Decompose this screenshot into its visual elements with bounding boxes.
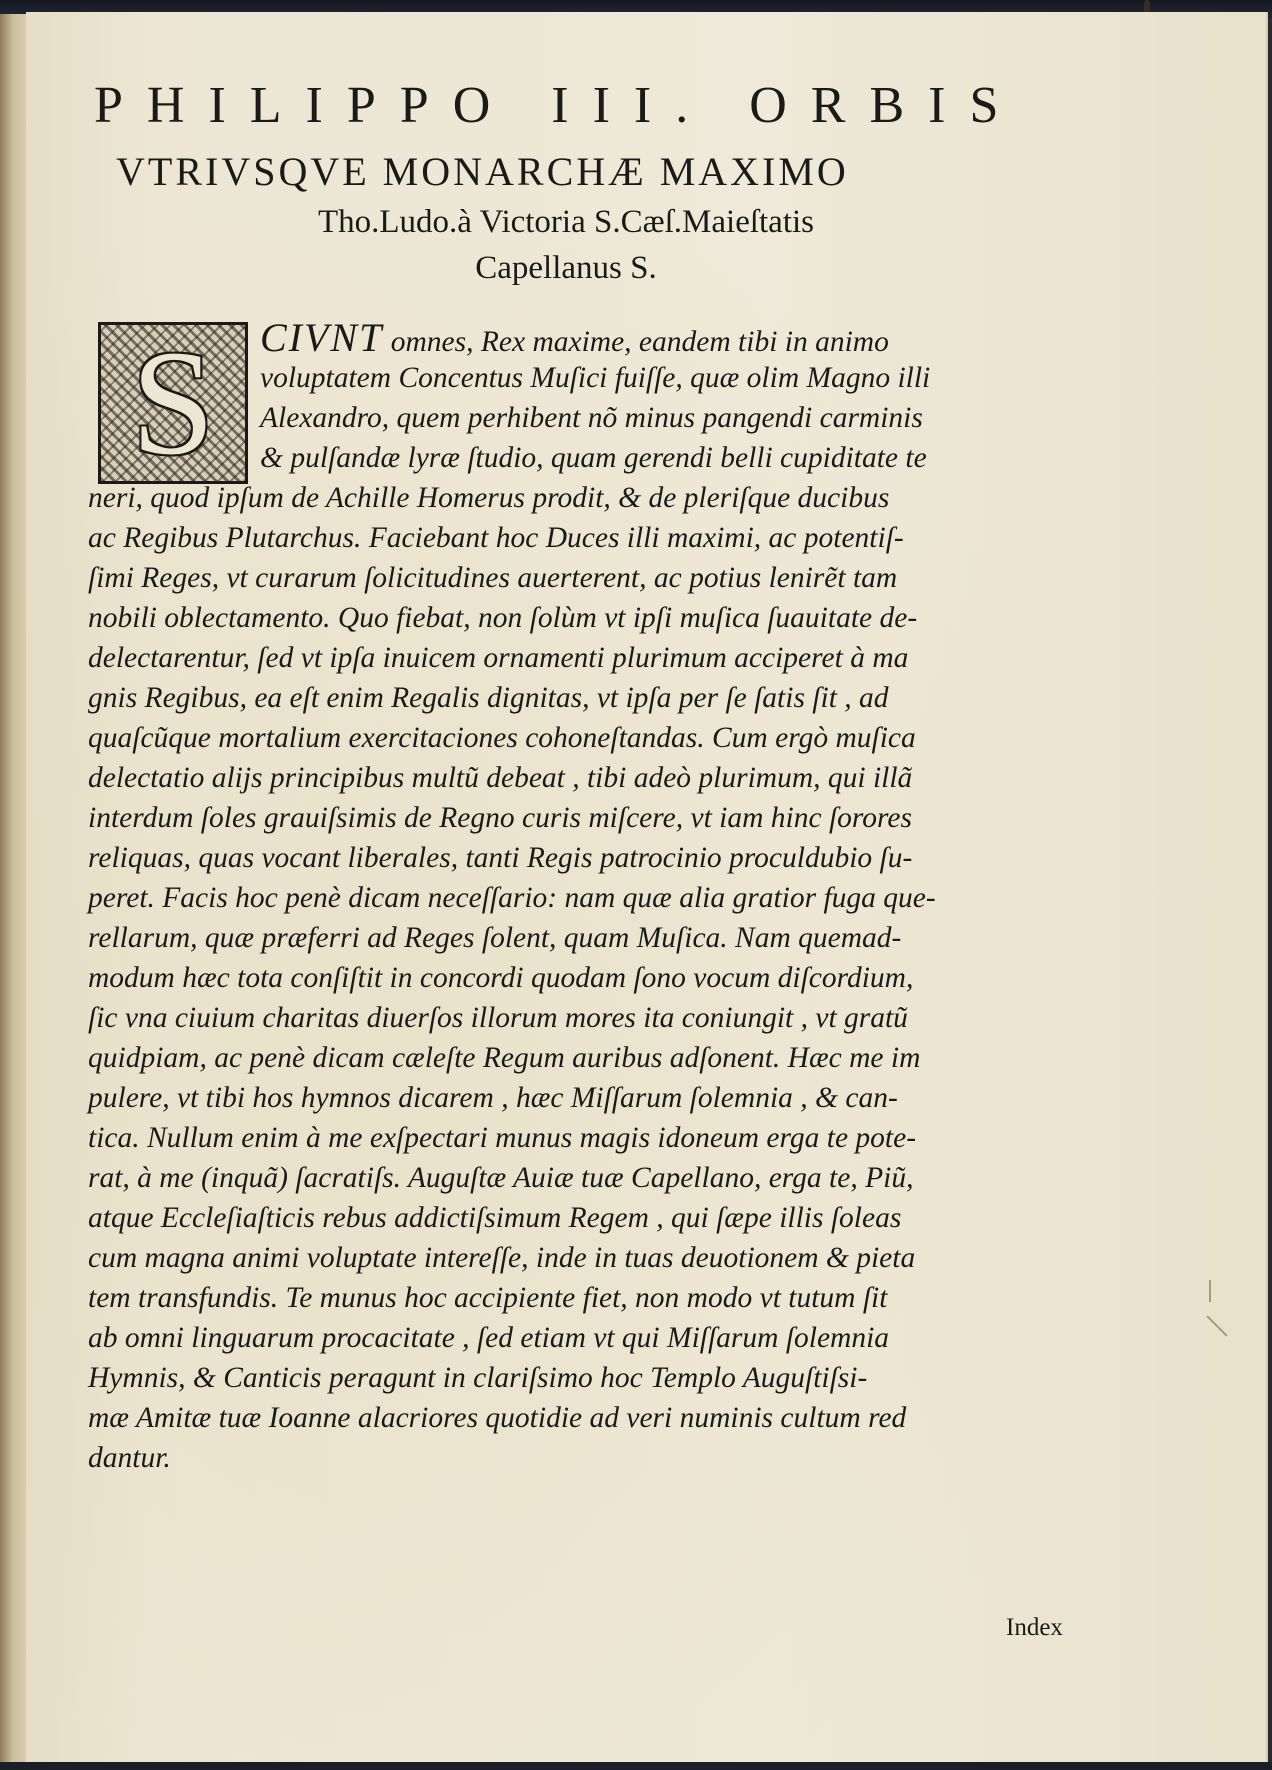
body-line: Alexandro, quem perhibent nõ minus pange…: [88, 398, 1118, 438]
body-line: peret. Facis hoc penè dicam neceſſario: …: [88, 878, 1118, 918]
author-title-line: Capellanus S.: [26, 250, 1106, 287]
body-line: interdum ſoles grauiſsimis de Regno curi…: [88, 798, 1118, 838]
body-line: cum magna animi voluptate intereſſe, ind…: [88, 1238, 1118, 1278]
body-line: tem transfundis. Te munus hoc accipiente…: [88, 1278, 1118, 1318]
body-line: & pulſandæ lyræ ſtudio, quam gerendi bel…: [88, 438, 1118, 478]
body-line: ſimi Reges, vt curarum ſolicitudines aue…: [88, 558, 1118, 598]
book-spine: [0, 14, 27, 1764]
body-line: nobili oblectamento. Quo fiebat, non ſol…: [88, 598, 1118, 638]
body-line: atque Eccleſiaſticis rebus addictiſsimum…: [88, 1198, 1118, 1238]
scanned-page: PHILIPPO III. ORBIS VTRIVSQVE MONARCHÆ M…: [26, 12, 1268, 1764]
body-line: delectatio alijs principibus multũ debea…: [88, 758, 1118, 798]
margin-mark: [1206, 1315, 1227, 1336]
body-line: modum hæc tota conſiſtit in concordi quo…: [88, 958, 1118, 998]
body-line: voluptatem Concentus Muſici fuiſſe, quæ …: [88, 358, 1118, 398]
body-line: pulere, vt tibi hos hymnos dicarem , hæc…: [88, 1078, 1118, 1118]
body-line: quidpiam, ac penè dicam cæleſte Regum au…: [88, 1038, 1118, 1078]
body-line: rat, à me (inquã) ſacratiſs. Auguſtæ Aui…: [88, 1158, 1118, 1198]
author-line: Tho.Ludo.à Victoria S.Cæſ.Maieſtatis: [26, 204, 1106, 241]
margin-mark: [1209, 1280, 1211, 1302]
body-line: dantur.: [88, 1438, 1118, 1478]
dedication-title-line-1: PHILIPPO III. ORBIS: [94, 76, 1114, 135]
body-line: reliquas, quas vocant liberales, tanti R…: [88, 838, 1118, 878]
body-line: neri, quod ipſum de Achille Homerus prod…: [88, 478, 1118, 518]
body-line: gnis Regibus, ea eſt enim Regalis dignit…: [88, 678, 1118, 718]
catchword: Index: [1006, 1614, 1063, 1642]
book-bottom-edge: [0, 1762, 1272, 1770]
dedication-title-line-2: VTRIVSQVE MONARCHÆ MAXIMO: [116, 148, 1116, 195]
body-line: ab omni linguarum procacitate , ſed etia…: [88, 1318, 1118, 1358]
body-line: delectarentur, ſed vt ipſa inuicem ornam…: [88, 638, 1118, 678]
body-line: rellarum, quæ præferri ad Reges ſolent, …: [88, 918, 1118, 958]
body-line: Hymnis, & Canticis peragunt in clariſsim…: [88, 1358, 1118, 1398]
body-line: tica. Nullum enim à me exſpectari munus …: [88, 1118, 1118, 1158]
body-line: quaſcũque mortalium exercitaciones cohon…: [88, 718, 1118, 758]
body-line: CIVNT omnes, Rex maxime, eandem tibi in …: [88, 318, 1118, 358]
body-line: ſic vna ciuium charitas diuerſos illorum…: [88, 998, 1118, 1038]
line-text: omnes, Rex maxime, eandem tibi in animo: [383, 326, 888, 358]
dedication-body: CIVNT omnes, Rex maxime, eandem tibi in …: [88, 318, 1118, 1478]
body-line: mæ Amitæ tuæ Ioanne alacriores quotidie …: [88, 1398, 1118, 1438]
body-line: ac Regibus Plutarchus. Faciebant hoc Duc…: [88, 518, 1118, 558]
lead-word: CIVNT: [260, 315, 383, 360]
